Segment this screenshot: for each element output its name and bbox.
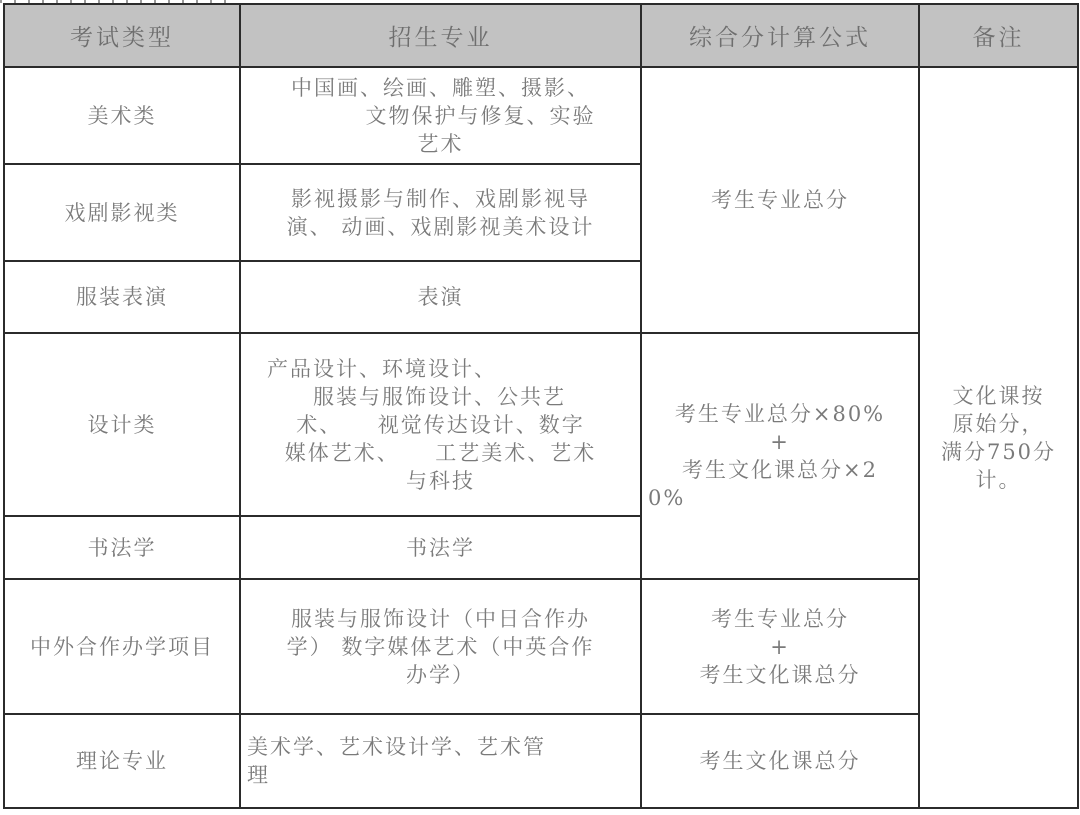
table-row: 理论专业 美术学、艺术设计学、艺术管 理 考生文化课总分: [4, 714, 1078, 808]
majors-line: 办学）: [247, 661, 634, 689]
exam-type-cell: 书法学: [4, 516, 240, 579]
formula-line: 考生文化课总分×2: [648, 456, 912, 484]
majors-line: 演、 动画、戏剧影视美术设计: [247, 213, 634, 241]
majors-line: 理: [247, 761, 634, 789]
formula-plus: +: [648, 428, 912, 456]
exam-type-cell: 中外合作办学项目: [4, 579, 240, 714]
formula-line: 考生文化课总分: [648, 661, 912, 689]
majors-line: 美术学、艺术设计学、艺术管: [247, 733, 634, 761]
note-line: 满分750分: [926, 438, 1071, 466]
majors-line: 书法学: [247, 534, 634, 562]
exam-type-cell: 美术类: [4, 67, 240, 164]
formula-cell: 考生专业总分 + 考生文化课总分: [641, 579, 919, 714]
note-line: 原始分，: [926, 410, 1071, 438]
majors-cell: 产品设计、环境设计、 服装与服饰设计、公共艺 术、 视觉传达设计、数字 媒体艺术…: [240, 333, 641, 516]
formula-line: 0%: [648, 484, 912, 512]
header-note: 备注: [919, 4, 1078, 67]
majors-cell: 美术学、艺术设计学、艺术管 理: [240, 714, 641, 808]
exam-type-cell: 服装表演: [4, 261, 240, 333]
majors-line: 中国画、绘画、雕塑、摄影、: [247, 74, 634, 102]
formula-cell: 考生专业总分×80% + 考生文化课总分×2 0%: [641, 333, 919, 579]
majors-line: 影视摄影与制作、戏剧影视导: [247, 185, 634, 213]
majors-line: 艺术: [247, 130, 634, 158]
formula-cell: 考生专业总分: [641, 67, 919, 333]
note-cell: 文化课按 原始分， 满分750分 计。: [919, 67, 1078, 808]
majors-line: 媒体艺术、 工艺美术、艺术: [247, 439, 634, 467]
note-line: 计。: [926, 466, 1071, 494]
majors-line: 产品设计、环境设计、: [247, 355, 634, 383]
majors-cell: 中国画、绘画、雕塑、摄影、 文物保护与修复、实验 艺术: [240, 67, 641, 164]
note-line: 文化课按: [926, 382, 1071, 410]
majors-line: 文物保护与修复、实验: [247, 102, 634, 130]
formula-line: 考生文化课总分: [648, 747, 912, 775]
header-exam-type: 考试类型: [4, 4, 240, 67]
exam-type-cell: 设计类: [4, 333, 240, 516]
formula-line: 考生专业总分: [648, 186, 912, 214]
exam-type-cell: 戏剧影视类: [4, 164, 240, 261]
majors-line: 学） 数字媒体艺术（中英合作: [247, 633, 634, 661]
majors-line: 服装与服饰设计（中日合作办: [247, 605, 634, 633]
header-majors: 招生专业: [240, 4, 641, 67]
majors-cell: 影视摄影与制作、戏剧影视导 演、 动画、戏剧影视美术设计: [240, 164, 641, 261]
header-formula: 综合分计算公式: [641, 4, 919, 67]
majors-cell: 表演: [240, 261, 641, 333]
majors-line: 术、 视觉传达设计、数字: [247, 411, 634, 439]
admission-score-table: 考试类型 招生专业 综合分计算公式 备注 美术类 中国画、绘画、雕塑、摄影、 文…: [3, 3, 1079, 809]
formula-line: 考生专业总分×80%: [648, 400, 912, 428]
exam-type-cell: 理论专业: [4, 714, 240, 808]
table-row: 中外合作办学项目 服装与服饰设计（中日合作办 学） 数字媒体艺术（中英合作 办学…: [4, 579, 1078, 714]
formula-plus: +: [648, 633, 912, 661]
majors-cell: 书法学: [240, 516, 641, 579]
majors-line: 表演: [247, 283, 634, 311]
majors-cell: 服装与服饰设计（中日合作办 学） 数字媒体艺术（中英合作 办学）: [240, 579, 641, 714]
table-row: 美术类 中国画、绘画、雕塑、摄影、 文物保护与修复、实验 艺术 考生专业总分 文…: [4, 67, 1078, 164]
header-row: 考试类型 招生专业 综合分计算公式 备注: [4, 4, 1078, 67]
majors-line: 服装与服饰设计、公共艺: [247, 383, 634, 411]
majors-line: 与科技: [247, 467, 634, 495]
table-row: 设计类 产品设计、环境设计、 服装与服饰设计、公共艺 术、 视觉传达设计、数字 …: [4, 333, 1078, 516]
formula-cell: 考生文化课总分: [641, 714, 919, 808]
formula-line: 考生专业总分: [648, 605, 912, 633]
